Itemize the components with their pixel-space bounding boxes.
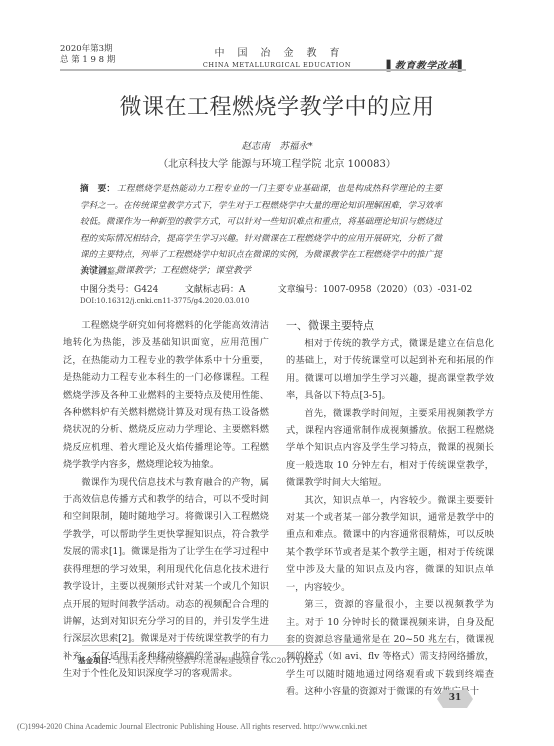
fund-text: 北京科技大学研究型教学示范课程建设项目（KC2017YJXL2） — [116, 656, 327, 665]
body-paragraph: 其次，知识点单一，内容较少。微课主要要针对某一个或者某一部分教学知识，通常是教学… — [286, 492, 494, 596]
clc-label: 中图分类号： — [80, 285, 134, 295]
clc-value: G424 — [134, 285, 158, 295]
journal-name-en: CHINA METALLURGICAL EDUCATION — [0, 61, 554, 69]
affiliation: （北京科技大学 能源与环境工程学院 北京 100083） — [0, 155, 554, 170]
abstract-label: 摘 要： — [80, 184, 115, 194]
fund-label: 基金项目： — [78, 656, 116, 665]
journal-name-cn: 中国冶金教育 — [0, 44, 554, 59]
page-number-badge: 31 — [437, 690, 473, 708]
article-no-label: 文章编号： — [278, 285, 323, 295]
authors: 赵志南 苏福永* — [0, 138, 554, 152]
body-paragraph: 微课作为现代信息技术与教育融合的产物，属于高效信息传播方式和教学的结合，可以不受… — [63, 474, 269, 683]
fund-note: 基金项目：北京科技大学研究型教学示范课程建设项目（KC2017YJXL2） — [78, 655, 326, 666]
section-heading: 一、微课主要特点 — [286, 317, 494, 335]
journal-masthead: 中国冶金教育 CHINA METALLURGICAL EDUCATION — [0, 44, 554, 69]
keywords-label: 关键词： — [80, 266, 116, 276]
doc-code-value: A — [239, 285, 246, 295]
copyright-notice: (C)1994-2020 China Academic Journal Elec… — [17, 722, 367, 731]
footnote-divider — [82, 645, 452, 646]
header-divider — [60, 69, 466, 71]
body-paragraph: 工程燃烧学研究如何将燃料的化学能高效清洁地转化为热能，涉及基础知识面宽，应用范围… — [63, 317, 269, 474]
keywords-value: 微课教学；工程燃烧学；课堂教学 — [116, 266, 251, 276]
page-number: 31 — [437, 693, 473, 703]
keywords: 关键词：微课教学；工程燃烧学；课堂教学 — [80, 263, 251, 276]
doc-code-label: 文献标志码： — [185, 285, 239, 295]
classification-line: 中图分类号：G424 文献标志码：A 文章编号：1007-0958（2020）（… — [80, 282, 480, 295]
body-column-left: 工程燃烧学研究如何将燃料的化学能高效清洁地转化为热能，涉及基础知识面宽，应用范围… — [63, 317, 269, 683]
body-paragraph: 第三，资源的容量很小，主要以视频教学为主。对于 10 分钟时长的微课视频来讲，自… — [286, 596, 494, 700]
body-paragraph: 相对于传统的教学方式，微课是建立在信息化的基础上，对于传统课堂可以起到补充和拓展… — [286, 335, 494, 405]
body-paragraph: 首先，微课教学时间短，主要采用视频教学方式，课程内容通常制作成视频播放。依据工程… — [286, 405, 494, 492]
article-no-value: 1007-0958（2020）（03）-031-02 — [323, 282, 472, 295]
article-title: 微课在工程燃烧学教学中的应用 — [0, 90, 554, 121]
body-column-right: 一、微课主要特点 相对于传统的教学方式，微课是建立在信息化的基础上，对于传统课堂… — [286, 317, 494, 701]
doi: DOI:10.16312/j.cnki.cn11-3775/g4.2020.03… — [80, 297, 249, 305]
